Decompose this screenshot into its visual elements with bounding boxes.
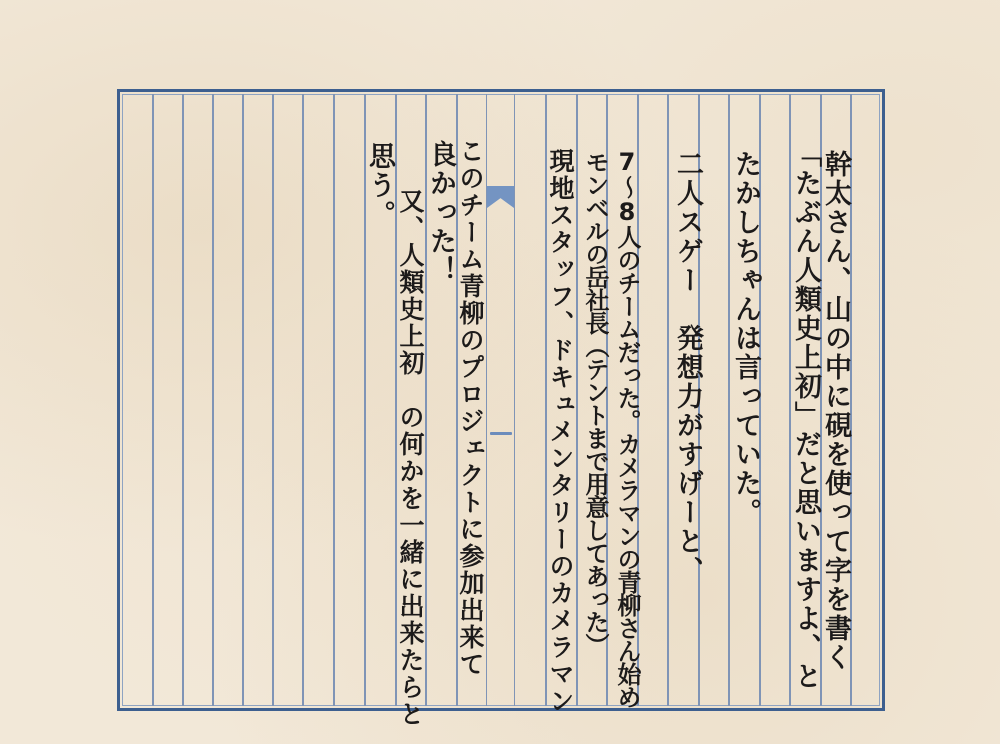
text-column-7: 現地スタッフ、ドキュメンタリーのカメラマン (545, 148, 575, 715)
center-fold-strip (486, 94, 515, 706)
text-column-8: このチーム青柳のプロジェクトに参加出来て (455, 138, 485, 678)
text-column-6: モンベルの岳社長（テントまで用意してあった） (580, 150, 610, 656)
text-column-3: たかしちゃんは言っていた。 (730, 150, 760, 527)
rule-line (576, 94, 578, 706)
rule-line (242, 94, 244, 706)
text-column-11: 思う。 (364, 142, 394, 229)
text-column-4: 二人スゲー 発想力がすげーと、 (672, 150, 702, 585)
text-column-10: 又、人類史上初 の何かを一緒に出来たらと (395, 188, 425, 728)
rule-line (182, 94, 184, 706)
rule-line (272, 94, 274, 706)
rule-line (302, 94, 304, 706)
text-column-5: 7〜8人のチームだった。カメラマンの青柳さん始め (612, 148, 642, 708)
text-column-1: 幹太さん、山の中に硯を使って字を書く (820, 150, 850, 672)
text-column-2: 「たぶん人類史上初」だと思いますよ、と (790, 140, 820, 691)
rule-line (667, 94, 669, 706)
rule-line (152, 94, 154, 706)
fold-tick-mark (490, 432, 512, 435)
rule-line (333, 94, 335, 706)
rule-line (212, 94, 214, 706)
text-column-9: 良かった！ (425, 140, 455, 285)
